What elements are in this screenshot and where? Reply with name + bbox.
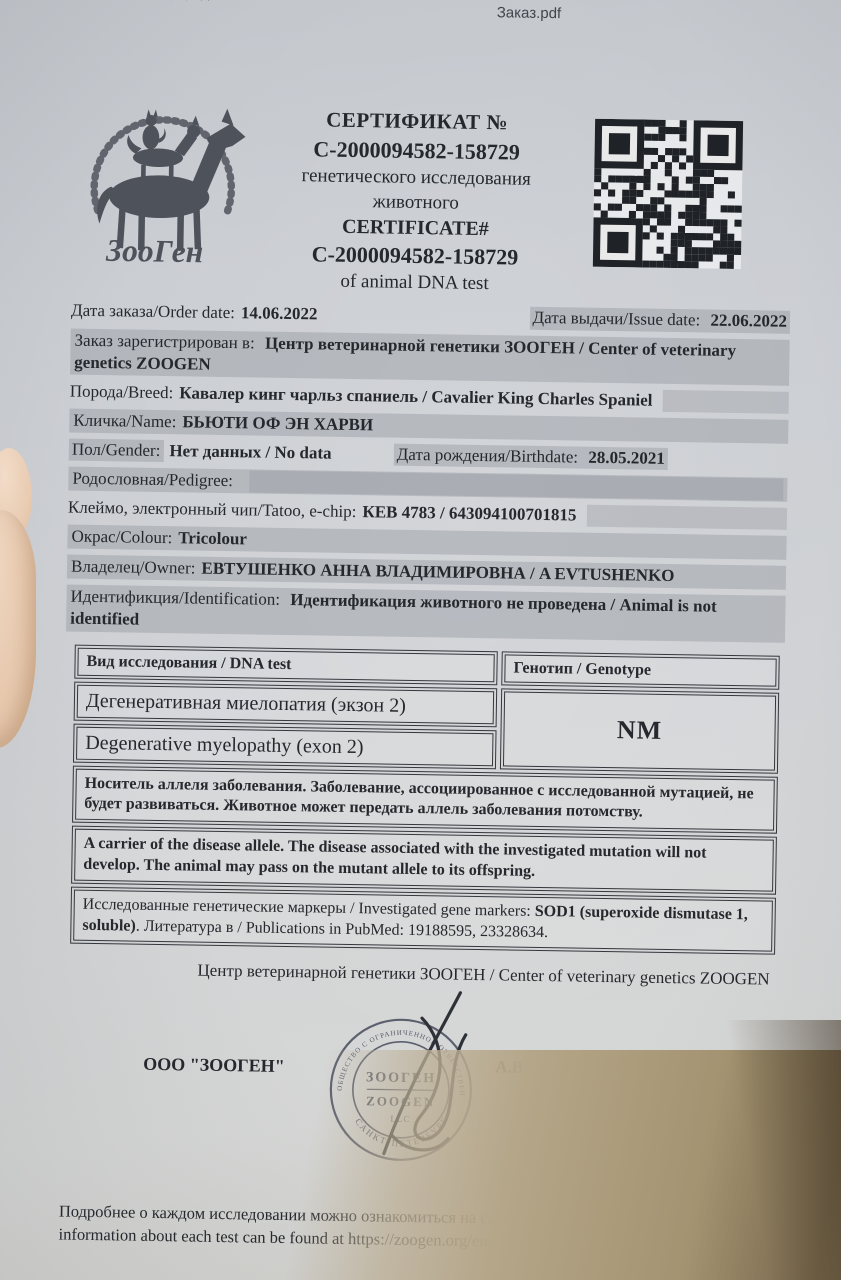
breed-value: Кавалер кинг чарльз спаниель / Cavalier … [179, 382, 652, 412]
pedigree-field-bar [249, 470, 784, 500]
cropped-text-marks: ıı·ı N·ı·ıı [130, 0, 270, 2]
field-row-identification: Идентификция/Identification: Идентификац… [66, 585, 786, 642]
certificate-header: ЗооГен СЕРТИФИКАТ № С-2000094582-158729 … [53, 78, 787, 301]
order-date-value: 14.06.2022 [241, 303, 318, 326]
qr-code [587, 119, 749, 274]
field-row-breed: Порода/Breed: Кавалер кинг чарльз спание… [70, 380, 789, 413]
document-photo: Заказ.pdf ıı·ı N·ı·ıı [0, 0, 841, 1280]
field-row-chip: Клеймо, электронный чип/Tatoo, e-chip: К… [68, 497, 787, 530]
birthdate-pair: Дата рождения/Birthdate: 28.05.2021 [394, 444, 668, 470]
birthdate-value: 28.05.2021 [588, 448, 665, 468]
stamp-and-signature: ОБЩЕСТВО С ОГРАНИЧЕННОЙ ОТВЕТСТВЕННОСТЬЮ… [300, 997, 513, 1178]
file-title: Заказ.pdf [497, 4, 562, 22]
identification-label: Идентификция/Identification: [70, 587, 280, 609]
colour-label: Окрас/Colour: [71, 526, 172, 550]
dna-test-results: Вид исследования / DNA test Генотип / Ge… [73, 647, 777, 952]
qr-code-icon [587, 119, 749, 269]
genotype-value: NM [503, 691, 776, 770]
owner-value: ЕВТУШЕНКО АННА ВЛАДИМИРОВНА / A EVTUSHEN… [201, 558, 674, 588]
signature-row: ООО "ЗООГЕН" ОБЩЕСТВО С ОГРАНИЧЕННОЙ [0, 992, 825, 1183]
certificate-title-block: СЕРТИФИКАТ № С-2000094582-158729 генетич… [258, 106, 573, 298]
certificate-subtitle-en: of animal DNA test [258, 268, 570, 298]
lab-name-line: Центр ветеринарной генетики ЗООГЕН / Cen… [0, 958, 770, 990]
gender-value: Нет данных / No data [169, 440, 332, 465]
footer-note: Подробнее о каждом исследовании можно оз… [58, 1201, 712, 1256]
birthdate-label: Дата рождения/Birthdate: [397, 445, 579, 467]
field-row-gender-birthdate: Пол/Gender: Нет данных / No data Дата ро… [69, 438, 788, 471]
field-row-colour: Окрас/Colour: Tricolour [67, 525, 786, 560]
zoogen-logo: ЗооГен [54, 78, 262, 271]
organization-name: ООО "ЗООГЕН" [143, 1054, 285, 1077]
test-column-header: Вид исследования / DNA test [77, 647, 494, 682]
logo-caption: ЗооГен [105, 233, 204, 270]
markers-prefix: Исследованные генетические маркеры / Inv… [83, 896, 535, 920]
name-value: БЬЮТИ ОФ ЭН ХАРВИ [182, 411, 373, 436]
horse-dog-cat-logo-icon: ЗооГен [54, 78, 262, 271]
certificate-page: Заказ.pdf ıı·ı N·ı·ıı [0, 0, 841, 1257]
issue-date-pair: Дата выдачи/Issue date: 22.06.2022 [529, 307, 790, 333]
animal-fields: Дата заказа/Order date: 14.06.2022 Дата … [66, 300, 790, 642]
breed-label: Порода/Breed: [70, 380, 174, 404]
test-name-ru: Дегенеративная миелопатия (экзон 2) [77, 684, 494, 724]
field-row-pedigree: Родословная/Pedigree: [68, 466, 787, 501]
genotype-column-header: Генотип / Genotype [504, 654, 776, 686]
field-row-name: Кличка/Name: БЬЮТИ ОФ ЭН ХАРВИ [69, 408, 788, 443]
gene-markers-note: Исследованные генетические маркеры / Inv… [73, 889, 773, 952]
owner-label: Владелец/Owner: [71, 556, 196, 580]
pedigree-label: Родословная/Pedigree: [72, 468, 233, 493]
chip-label: Клеймо, электронный чип/Tatoo, e-chip: [68, 497, 357, 524]
name-label: Кличка/Name: [73, 409, 176, 433]
test-name-en: Degenerative myelopathy (exon 2) [76, 726, 493, 766]
result-interpretation-en: A carrier of the disease allele. The dis… [74, 829, 774, 892]
result-interpretation-ru: Носитель аллеля заболевания. Заболевание… [75, 768, 775, 831]
chip-field-bar [586, 505, 787, 530]
field-row-registered: Заказ зарегистрирован в: Центр ветеринар… [70, 328, 790, 385]
field-row-dates: Дата заказа/Order date: 14.06.2022 Дата … [71, 300, 790, 333]
signer-name: А.В. Марков / A.V. Markov [495, 1058, 699, 1081]
chip-value: КЕВ 4783 / 643094100701815 [362, 501, 576, 526]
colour-value: Tricolour [178, 527, 247, 550]
gender-label: Пол/Gender: [69, 438, 164, 462]
results-grid: Вид исследования / DNA test Генотип / Ge… [76, 647, 777, 770]
field-row-owner: Владелец/Owner: ЕВТУШЕНКО АННА ВЛАДИМИРО… [67, 555, 786, 590]
breed-field-bar [662, 390, 789, 414]
markers-suffix: . Литература в / Publications in PubMed:… [136, 917, 549, 940]
registered-label: Заказ зарегистрирован в: [74, 330, 254, 352]
order-date-label: Дата заказа/Order date: [71, 300, 235, 325]
issue-date-value: 22.06.2022 [710, 311, 787, 331]
certificate-subtitle-ru: генетического исследования [260, 162, 572, 192]
issue-date-label: Дата выдачи/Issue date: [532, 308, 700, 330]
handwritten-signature-icon [300, 987, 513, 1168]
